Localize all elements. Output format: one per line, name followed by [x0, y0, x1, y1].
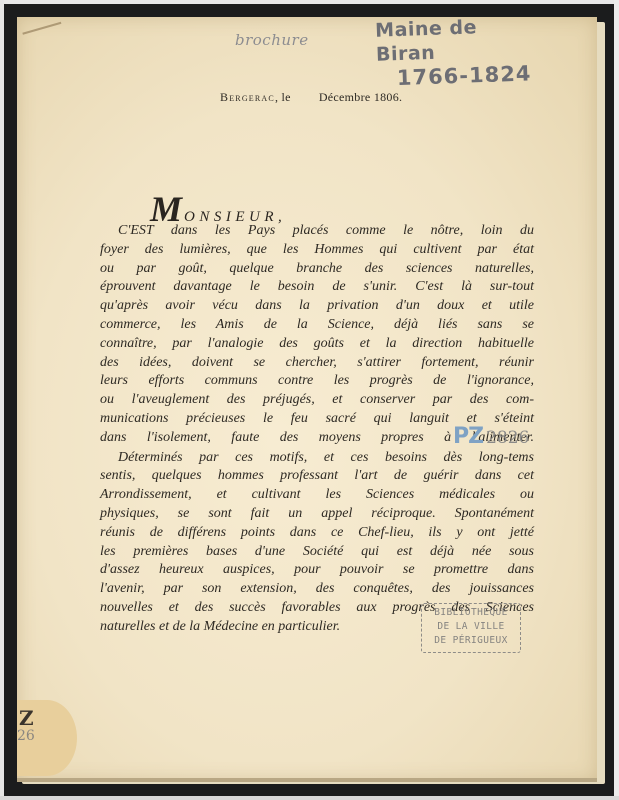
text-line: d'assez heureux auspices, pour pouvoir s… — [100, 561, 534, 580]
text-line: ou l'aveuglement des préjugés, et conser… — [100, 391, 534, 410]
text-line: ou par goût, quelque branche des science… — [100, 260, 534, 279]
text-line: Déterminés par ces motifs, et ces besoin… — [100, 449, 534, 468]
scan-border-top — [0, 0, 619, 4]
text-line: foyer des lumières, que les Hommes qui c… — [100, 241, 534, 260]
text-line: les premières bases d'une Société qui es… — [100, 543, 534, 562]
shelf-mark-stamp: PZ2826 — [453, 424, 529, 449]
text-line: l'avenir, par son extension, des conquêt… — [100, 580, 534, 599]
scan-border-right — [614, 0, 619, 800]
scan-border-left — [0, 0, 4, 800]
page-bottom-edge — [17, 778, 597, 782]
catalog-label-sticker: Z 26 — [17, 700, 77, 776]
handwritten-author-note: Maine de Biran 1766-1824 — [375, 13, 537, 91]
text-line: C'EST dans les Pays placés comme le nôtr… — [100, 222, 534, 241]
catalog-label-number: 26 — [17, 728, 35, 744]
paragraph-1: C'EST dans les Pays placés comme le nôtr… — [100, 222, 534, 448]
text-line: qu'après avoir vécu dans la privation d'… — [100, 297, 534, 316]
dateline-le: , le — [275, 90, 291, 104]
dateline-date: Décembre 1806. — [319, 90, 403, 104]
library-stamp: BIBLIOTHEQUE DE LA VILLE DE PÉRIGUEUX — [421, 603, 521, 653]
text-line: connaître, par l'analogie des goûts et l… — [100, 335, 534, 354]
author-name: Maine de Biran — [375, 13, 537, 67]
text-line: Arrondissement, et cultivant les Science… — [100, 486, 534, 505]
library-stamp-line: BIBLIOTHEQUE — [422, 606, 520, 620]
dateline: Bergerac, leDécembre 1806. — [220, 90, 402, 105]
text-line: sentis, quelques hommes professant l'art… — [100, 467, 534, 486]
library-stamp-line: DE PÉRIGUEUX — [422, 634, 520, 648]
catalog-label-letter: Z — [19, 706, 34, 730]
library-stamp-line: DE LA VILLE — [422, 620, 520, 634]
text-line: leurs efforts communs contre les progrès… — [100, 372, 534, 391]
text-line: des idées, doivent se chercher, s'attire… — [100, 354, 534, 373]
dateline-city: Bergerac — [220, 90, 275, 104]
shelf-mark-number: 2826 — [486, 428, 529, 448]
handwritten-note: brochure — [235, 31, 309, 49]
text-line: réunis de différens points dans ce Chef-… — [100, 524, 534, 543]
text-line: éprouvent davantage le besoin de s'unir.… — [100, 278, 534, 297]
corner-fold — [19, 10, 61, 34]
text-line: commerce, les Amis de la Science, déjà l… — [100, 316, 534, 335]
text-line: physiques, se sont fait un appel récipro… — [100, 505, 534, 524]
shelf-mark-prefix: PZ — [453, 424, 483, 449]
scan-border-bottom — [0, 796, 619, 800]
